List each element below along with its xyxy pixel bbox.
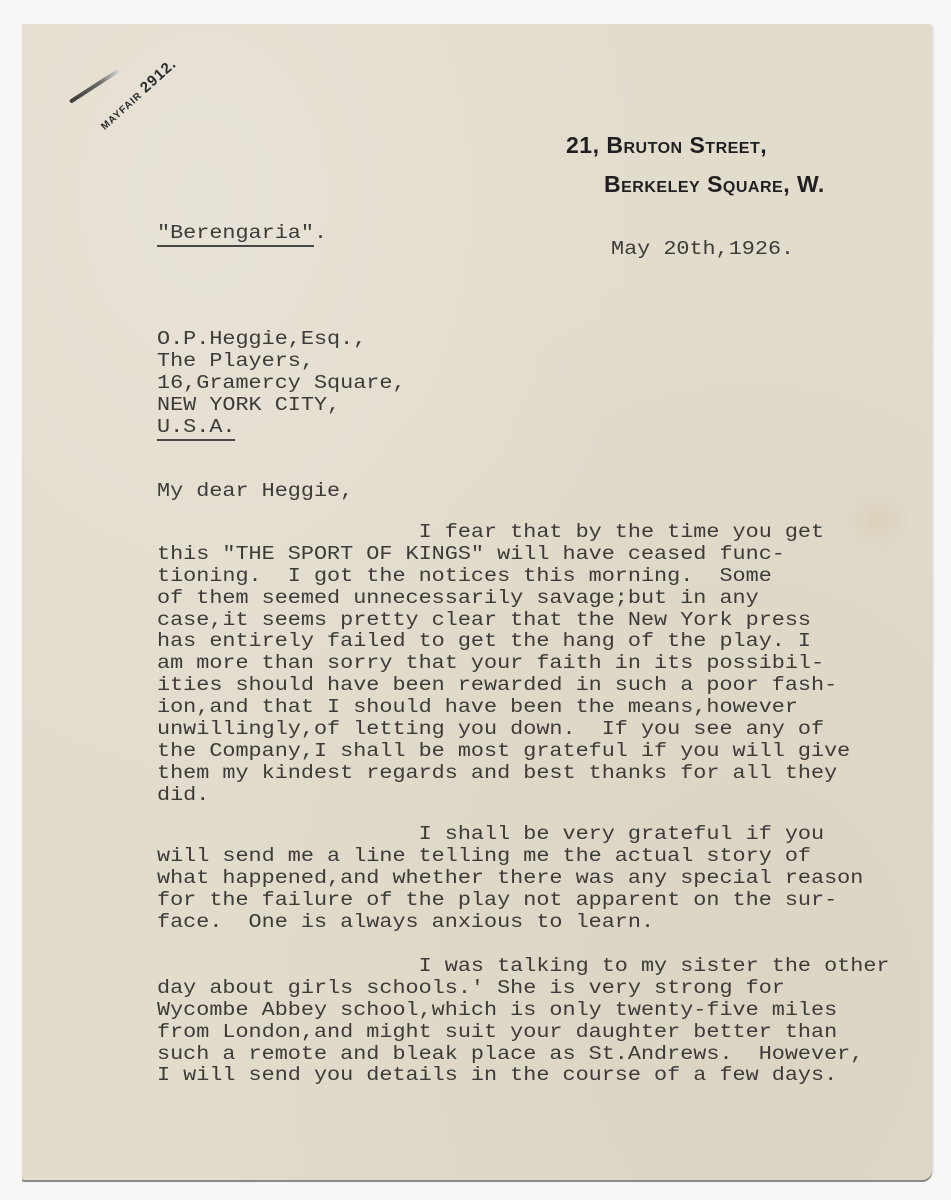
body-line: ities should have been rewarded in such …	[157, 676, 850, 695]
ship-name: "Berengaria"	[157, 222, 314, 247]
letter-date: May 20th,1926.	[611, 240, 794, 259]
body-line: am more than sorry that your faith in it…	[157, 654, 850, 673]
body-line: what happened,and whether there was any …	[157, 869, 863, 888]
body-line: I was talking to my sister the other	[157, 957, 890, 976]
body-line: I fear that by the time you get	[157, 523, 850, 542]
body-line: has entirely failed to get the hang of t…	[157, 632, 850, 651]
recipient-line: NEW YORK CITY,	[157, 396, 406, 415]
letterhead-address-line-2: Berkeley Square, W.	[604, 171, 825, 198]
body-line: the Company,I shall be most grateful if …	[157, 742, 850, 761]
recipient-line: O.P.Heggie,Esq.,	[157, 330, 406, 349]
recipient-country: U.S.A.	[157, 416, 235, 441]
body-line: this "THE SPORT OF KINGS" will have ceas…	[157, 545, 850, 564]
body-paragraph-3: I was talking to my sister the other day…	[157, 957, 890, 1088]
body-line: such a remote and bleak place as St.Andr…	[157, 1045, 890, 1064]
body-line: case,it seems pretty clear that the New …	[157, 611, 850, 630]
body-line: face. One is always anxious to learn.	[157, 913, 863, 932]
body-line: I will send you details in the course of…	[157, 1066, 890, 1085]
body-line: day about girls schools.' She is very st…	[157, 979, 890, 998]
recipient-line: The Players,	[157, 352, 406, 371]
recipient-country-line: U.S.A.	[157, 418, 406, 437]
salutation: My dear Heggie,	[157, 482, 353, 501]
recipient-address: O.P.Heggie,Esq., The Players, 16,Gramerc…	[157, 330, 406, 439]
body-line: them my kindest regards and best thanks …	[157, 764, 850, 783]
recipient-line: 16,Gramercy Square,	[157, 374, 406, 393]
body-paragraph-2: I shall be very grateful if you will sen…	[157, 825, 863, 934]
body-paragraph-1: I fear that by the time you get this "TH…	[157, 523, 850, 808]
body-line: for the failure of the play not apparent…	[157, 891, 863, 910]
body-line: did.	[157, 786, 850, 805]
ship-reference: "Berengaria".	[157, 224, 327, 243]
body-line: of them seemed unnecessarily savage;but …	[157, 589, 850, 608]
body-line: unwillingly,of letting you down. If you …	[157, 720, 850, 739]
body-line: I shall be very grateful if you	[157, 825, 863, 844]
body-line: Wycombe Abbey school,which is only twent…	[157, 1001, 890, 1020]
body-line: from London,and might suit your daughter…	[157, 1023, 890, 1042]
ship-reference-period: .	[314, 222, 327, 244]
body-line: will send me a line telling me the actua…	[157, 847, 863, 866]
body-line: ion,and that I should have been the mean…	[157, 698, 850, 717]
letterhead-address-line-1: 21, Bruton Street,	[566, 132, 767, 159]
body-line: tioning. I got the notices this morning.…	[157, 567, 850, 586]
